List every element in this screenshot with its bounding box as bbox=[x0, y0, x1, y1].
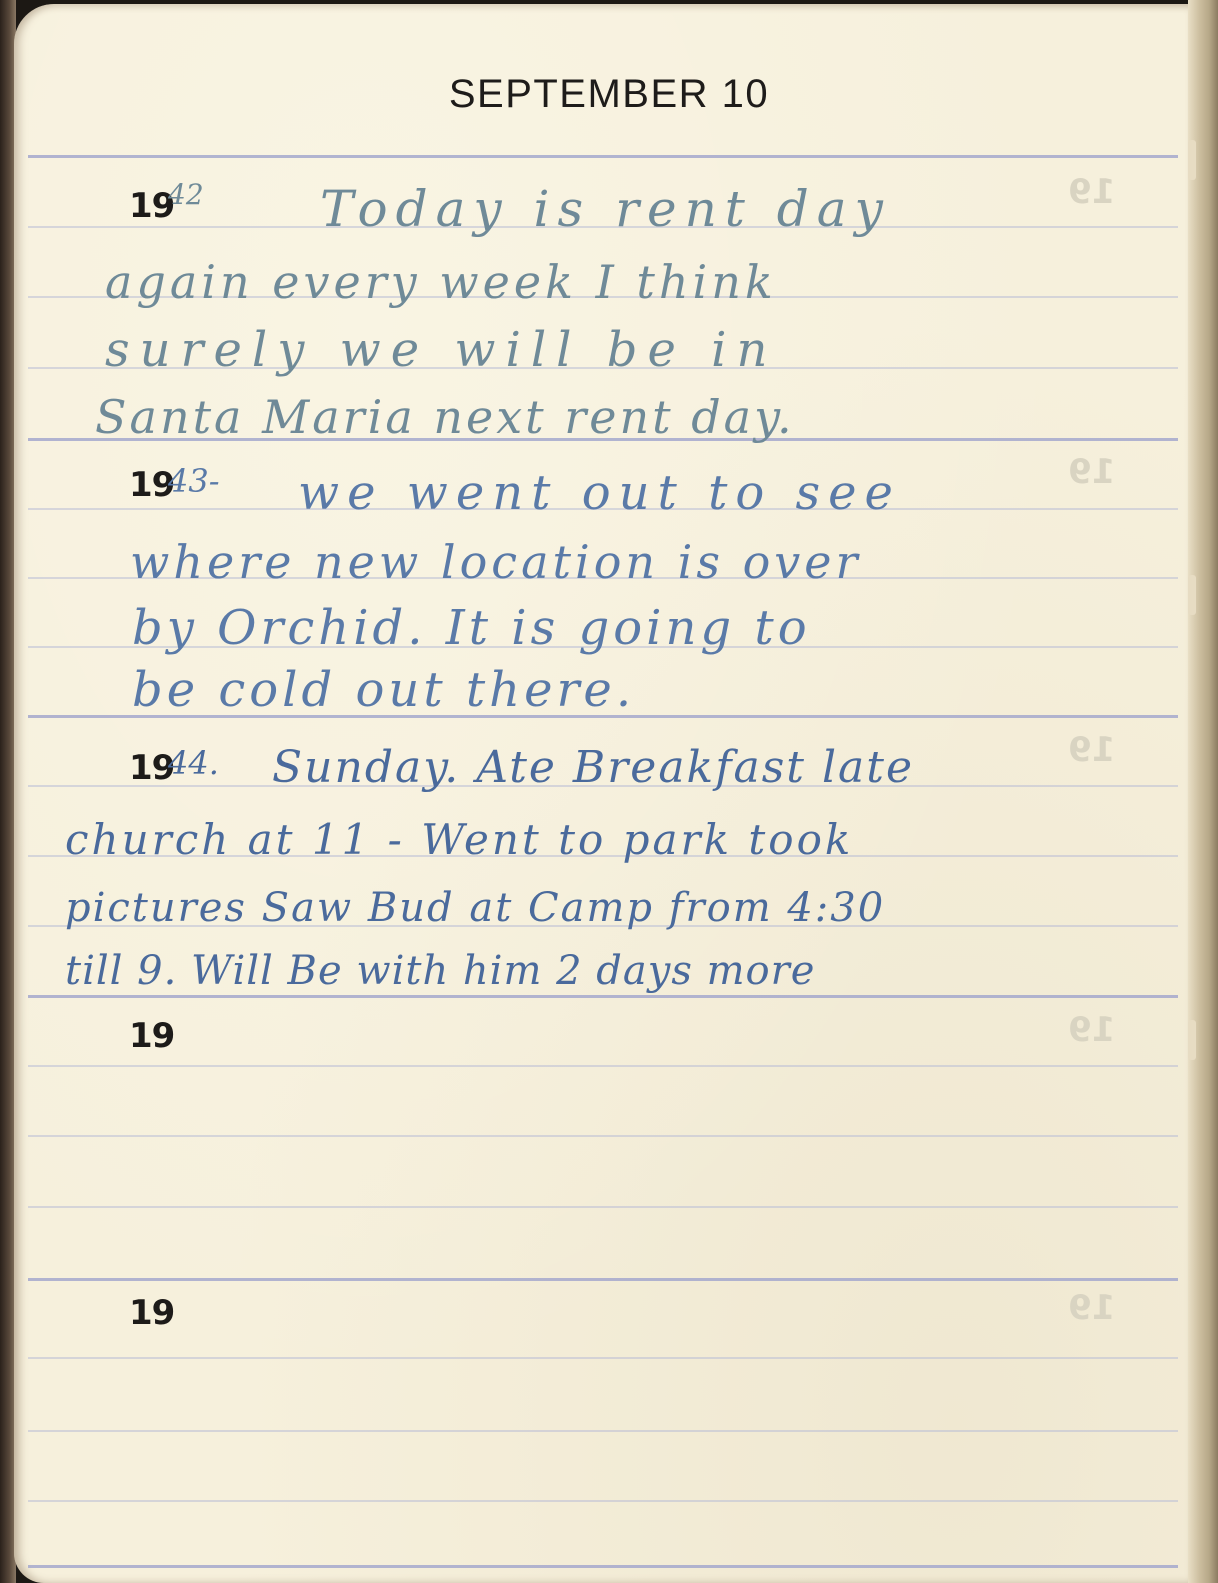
ruled-line bbox=[28, 1500, 1178, 1502]
show-through-year: 19 bbox=[1068, 730, 1115, 770]
page-tab-notch bbox=[1188, 575, 1196, 615]
handwritten-year-suffix: 43- bbox=[168, 462, 220, 500]
diary-scan: SEPTEMBER 10 19 19 19 19 19 19 42 Today … bbox=[0, 0, 1218, 1583]
handwritten-year-suffix: 42 bbox=[168, 178, 204, 211]
printed-year-prefix: 19 bbox=[129, 1293, 174, 1333]
show-through-year: 19 bbox=[1068, 452, 1115, 492]
entry-line: Sunday. Ate Breakfast late bbox=[272, 742, 914, 793]
show-through-year: 19 bbox=[1068, 1288, 1115, 1328]
ruled-line bbox=[28, 1065, 1178, 1067]
entry-line: where new location is over bbox=[130, 535, 861, 589]
handwritten-year-suffix: 44. bbox=[168, 744, 219, 782]
entry-line: pictures Saw Bud at Camp from 4:30 bbox=[65, 885, 885, 931]
section-divider bbox=[28, 155, 1178, 158]
entry-line: till 9. Will Be with him 2 days more bbox=[65, 948, 815, 994]
ruled-line bbox=[28, 1135, 1178, 1137]
section-divider bbox=[28, 995, 1178, 998]
entry-line: church at 11 - Went to park took bbox=[65, 815, 853, 864]
entry-line: we went out to see bbox=[298, 465, 901, 521]
section-divider bbox=[28, 1278, 1178, 1281]
ruled-line bbox=[28, 1357, 1178, 1359]
entry-line: again every week I think bbox=[105, 255, 777, 309]
ruled-line bbox=[28, 1206, 1178, 1208]
show-through-year: 19 bbox=[1068, 172, 1115, 212]
section-divider bbox=[28, 1565, 1178, 1568]
diary-page bbox=[14, 4, 1190, 1583]
entry-line: by Orchid. It is going to bbox=[132, 600, 811, 656]
page-stack-edge bbox=[1188, 0, 1218, 1583]
page-tab-notch bbox=[1188, 140, 1196, 180]
entry-line: Today is rent day bbox=[320, 180, 891, 238]
entry-line: be cold out there. bbox=[132, 662, 635, 718]
show-through-year: 19 bbox=[1068, 1010, 1115, 1050]
entry-line: Santa Maria next rent day. bbox=[95, 390, 795, 444]
printed-year-prefix: 19 bbox=[129, 1016, 174, 1056]
page-title: SEPTEMBER 10 bbox=[0, 72, 1218, 117]
entry-line: surely we will be in bbox=[105, 322, 777, 378]
ruled-line bbox=[28, 1430, 1178, 1432]
page-tab-notch bbox=[1188, 1020, 1196, 1060]
